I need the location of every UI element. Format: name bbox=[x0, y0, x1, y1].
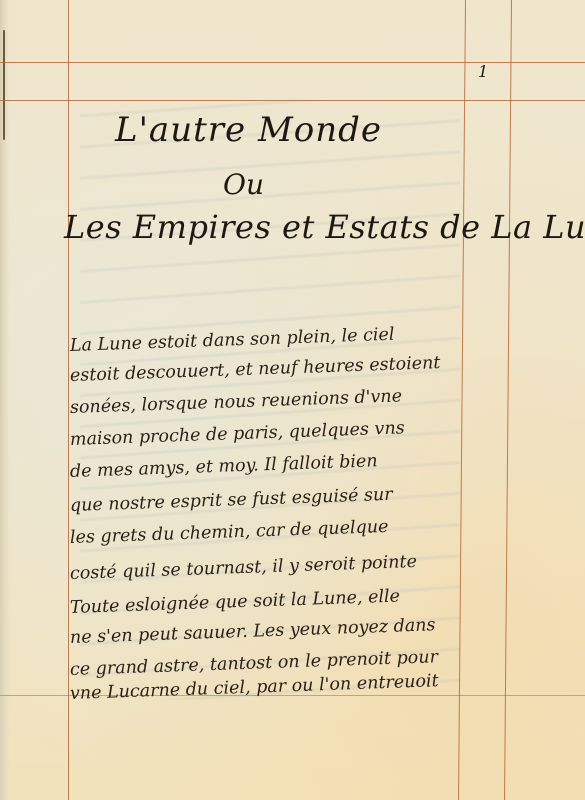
manuscript-page: 1 L'autre Monde Ou Les Empires et Estats… bbox=[0, 0, 585, 800]
title-line-2: Ou bbox=[223, 168, 264, 201]
title-line-3: Les Empires et Estats de La Lune. bbox=[64, 208, 585, 246]
page-binding-edge bbox=[0, 0, 10, 800]
outer-margin-rule bbox=[504, 0, 512, 800]
page-number: 1 bbox=[478, 62, 488, 81]
title-line-1: L'autre Monde bbox=[115, 110, 382, 150]
header-rule-top bbox=[0, 62, 585, 63]
header-rule-bottom bbox=[0, 100, 585, 101]
binding-stitch bbox=[3, 30, 5, 140]
